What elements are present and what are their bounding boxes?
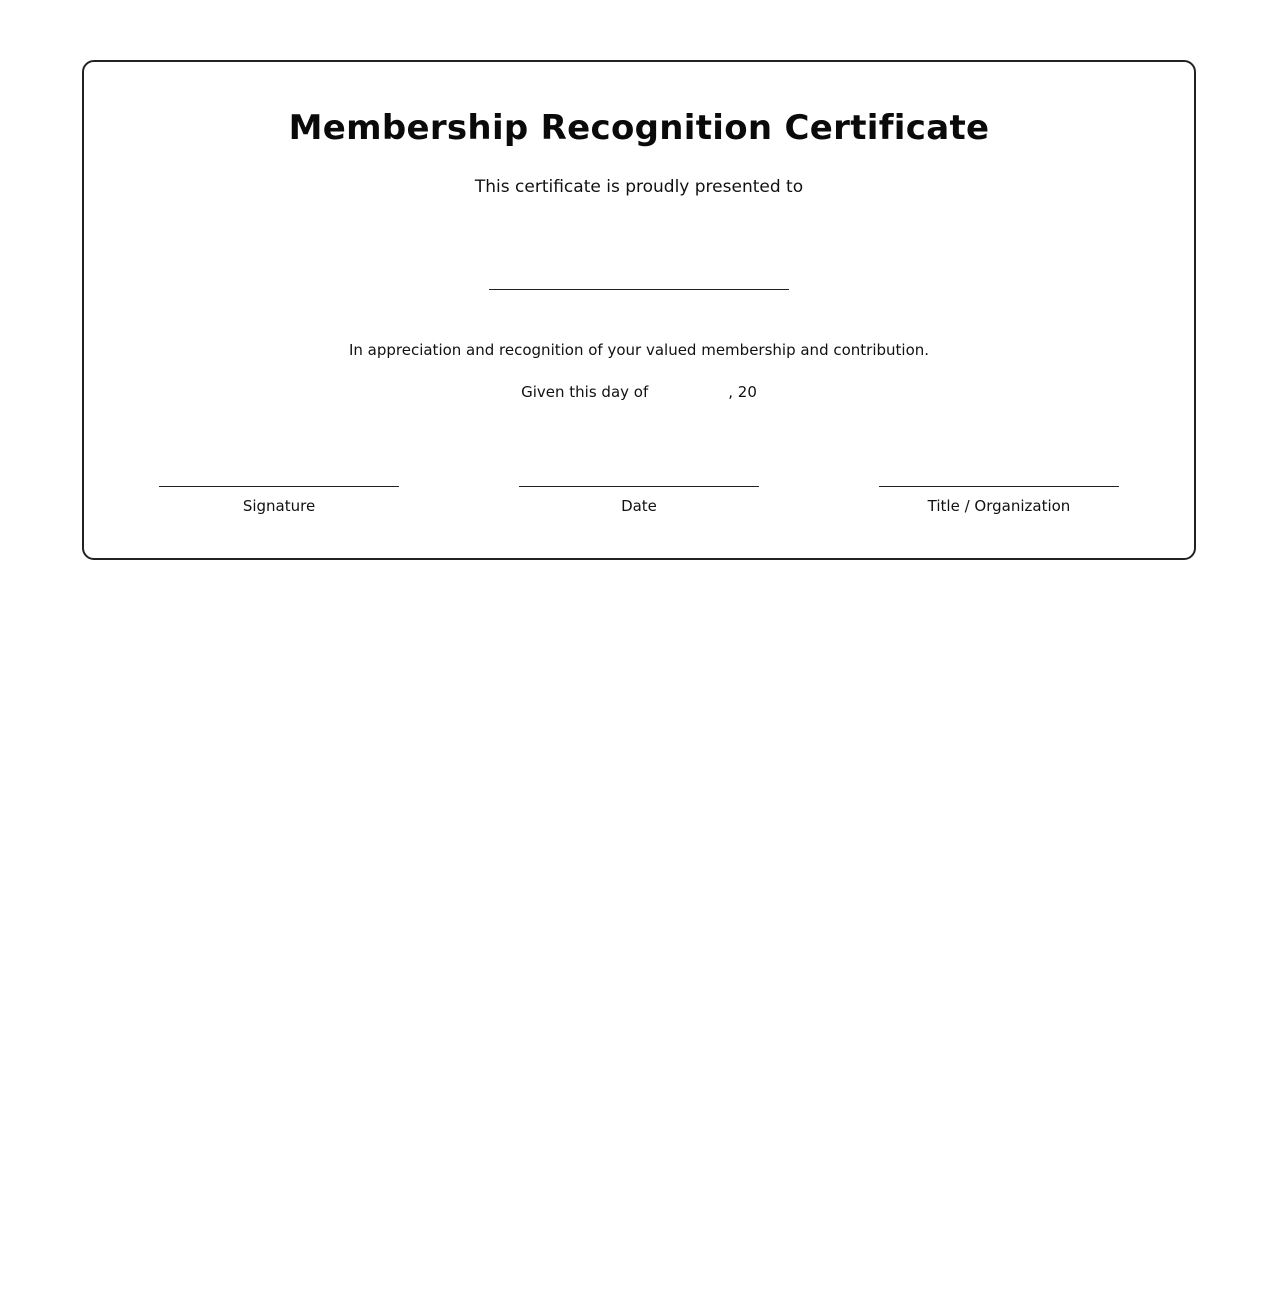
certificate-title: Membership Recognition Certificate	[84, 106, 1194, 150]
signature-row: Signature Date Title / Organization	[84, 486, 1194, 526]
signature-field: Signature	[159, 486, 399, 516]
given-prefix: Given this day of	[521, 383, 648, 401]
date-line	[519, 486, 759, 487]
date-field: Date	[519, 486, 759, 516]
signature-label: Signature	[159, 496, 399, 516]
presented-to-text: This certificate is proudly presented to	[84, 175, 1194, 199]
recipient-name-line	[489, 289, 789, 290]
given-date-line: Given this day of, 20	[84, 381, 1194, 403]
date-label: Date	[519, 496, 759, 516]
given-year-suffix: , 20	[728, 383, 757, 401]
title-organization-field: Title / Organization	[879, 486, 1119, 516]
certificate-card: Membership Recognition Certificate This …	[82, 60, 1196, 560]
title-organization-label: Title / Organization	[879, 496, 1119, 516]
signature-line	[159, 486, 399, 487]
appreciation-text: In appreciation and recognition of your …	[84, 339, 1194, 361]
title-organization-line	[879, 486, 1119, 487]
